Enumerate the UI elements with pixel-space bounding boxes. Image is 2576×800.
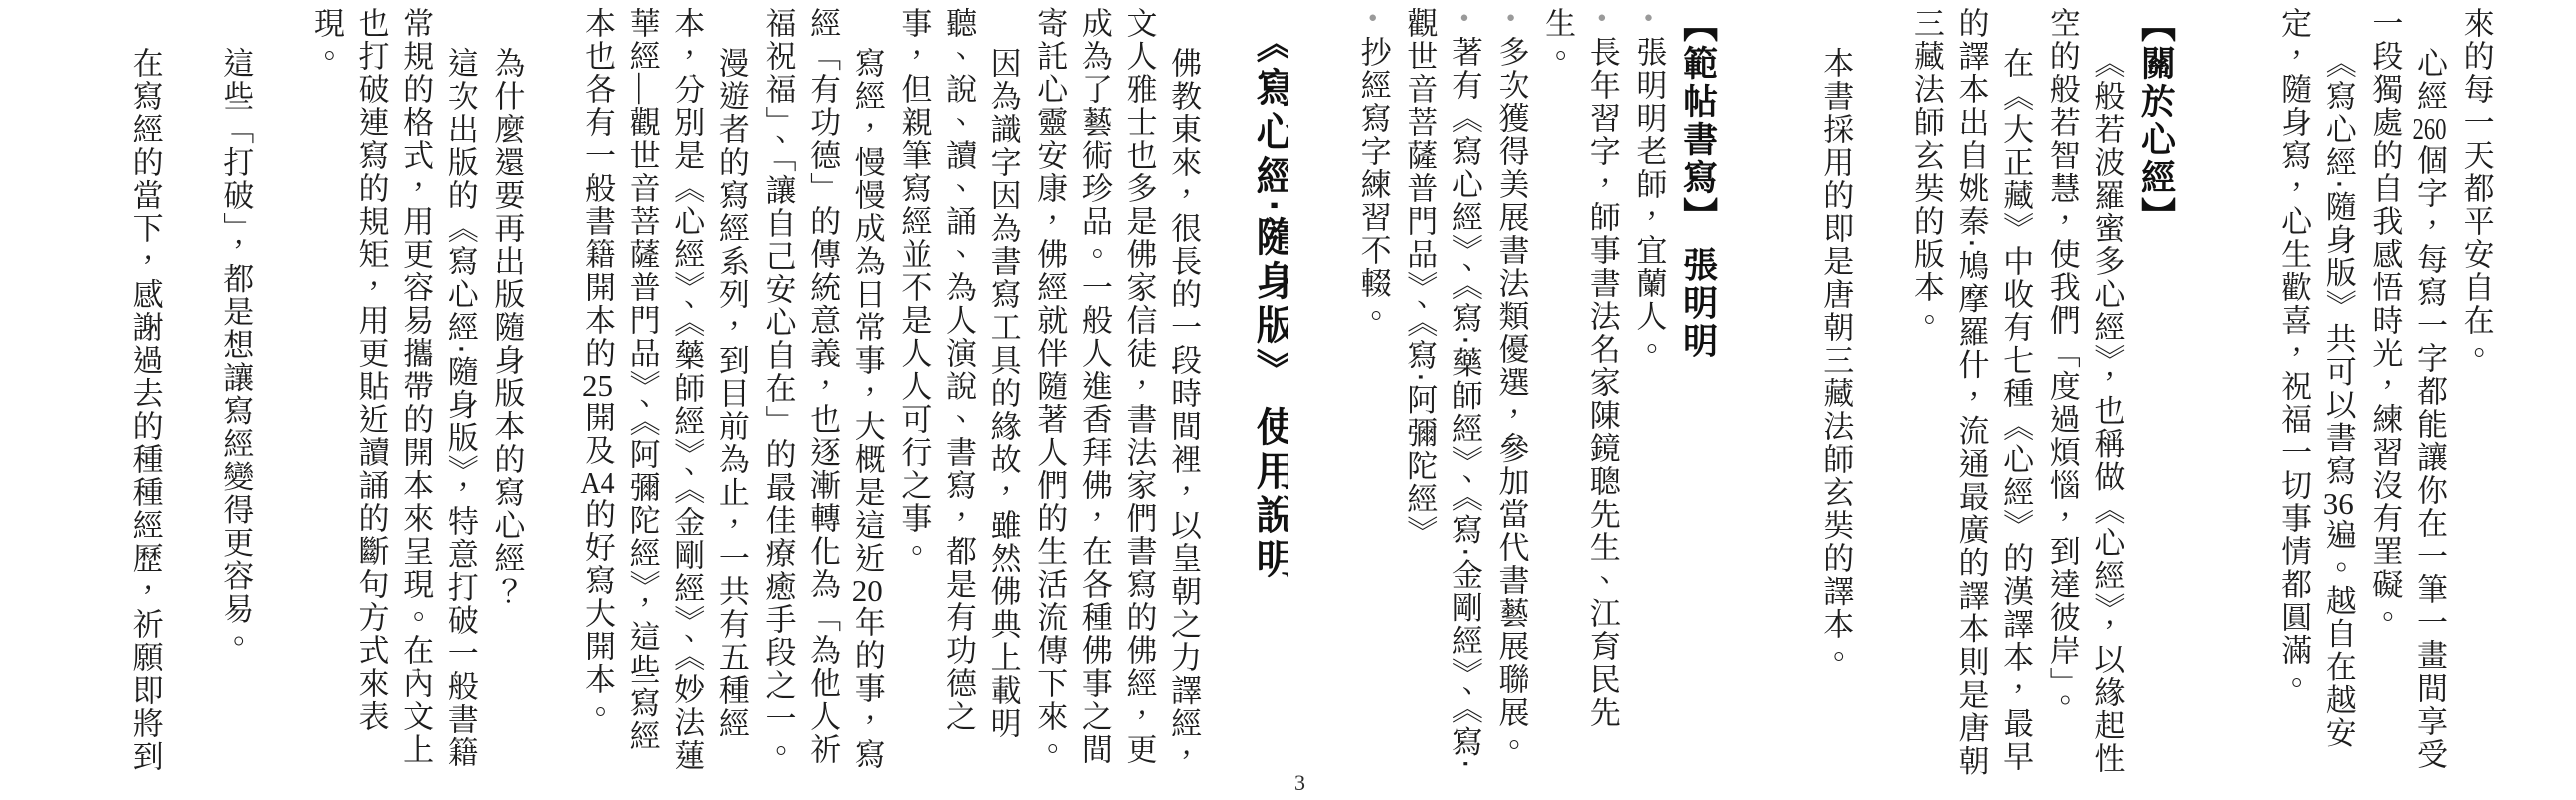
bullet-item: ●多次獲得美展書法類優選，參加當代書藝展聯展。	[1488, 7, 1533, 780]
paragraph: 心經260個字，每寫一字都能讓你在一筆一畫間享受一段獨處的自我感悟時光，練習沒有…	[2362, 7, 2451, 780]
paragraph: 為什麼還要再出版隨身版本的寫心經？	[484, 7, 529, 780]
page-right: 《寫心經‧隨身版》 使用說明佛教東來，很長的一段時間裡，以皇朝之力譯經，文人雅士…	[0, 0, 1288, 800]
paragraph: 這次出版的《寫心經‧隨身版》，特意打破一般書籍常規的格式，用更容易攜帶的開本來呈…	[303, 7, 482, 780]
bullet-item: ●抄經寫字練習不輟。	[1350, 7, 1395, 780]
paragraph: 佛教東來，很長的一段時間裡，以皇朝之力譯經，文人雅士也多是佛家信徒，書法家們書寫…	[1027, 7, 1206, 780]
bullet-text: 張明明老師，宜蘭人。	[1631, 36, 1666, 366]
bullet-text: 多次獲得美展書法類優選，參加當代書藝展聯展。	[1494, 36, 1529, 762]
bullet-text: 長年習字，師事書法名家陳鏡聰先生、江育民先生。	[1540, 7, 1620, 729]
paragraph: 因為識字因為書寫工具的緣故，雖然佛典上載明聽、說、讀、誦、為人演說、書寫，都是有…	[891, 7, 1025, 780]
bullet-item: ●著有《寫心經》、《寫‧藥師經》、《寫‧金剛經》、《寫‧觀世音菩薩普門品》、《寫…	[1397, 7, 1486, 780]
paragraph: 寫經，慢慢成為日常事，大概是這近20年的事，寫經「有功德」的傳統意義，也逐漸轉化…	[755, 7, 889, 780]
section-heading: 【範帖書寫】 張明明	[1674, 7, 1720, 780]
bullet-dot-icon: ●	[1637, 10, 1659, 26]
paragraph: 來的每一天都平安自在。	[2453, 7, 2498, 780]
horizontal-number: 36	[2321, 488, 2356, 519]
paragraph: 《般若波羅蜜多心經》，也稱做《心經》，以緣起性空的般若智慧，使我們「度過煩惱，到…	[2039, 7, 2128, 780]
bullet-dot-icon: ●	[1499, 10, 1521, 26]
horizontal-number: 25	[580, 370, 615, 401]
bullet-dot-icon: ●	[1452, 10, 1474, 26]
bullet-text: 抄經寫字練習不輟。	[1356, 36, 1391, 333]
bullet-text: 著有《寫心經》、《寫‧藥師經》、《寫‧金剛經》、《寫‧觀世音菩薩普門品》、《寫‧…	[1402, 7, 1482, 771]
bullet-dot-icon: ●	[1361, 10, 1383, 26]
horizontal-number: 260	[2412, 113, 2447, 144]
paragraph: 在寫經的當下，感謝過去的種種經歷，祈願即將到	[122, 7, 167, 780]
bullet-item: ●張明明老師，宜蘭人。	[1626, 7, 1671, 780]
bullet-item: ●長年習字，師事書法名家陳鏡聰先生、江育民先生。	[1535, 7, 1624, 780]
bullet-dot-icon: ●	[1590, 10, 1612, 26]
page-left: 來的每一天都平安自在。心經260個字，每寫一字都能讓你在一筆一畫間享受一段獨處的…	[1288, 0, 2576, 800]
book-spread: 《寫心經‧隨身版》 使用說明佛教東來，很長的一段時間裡，以皇朝之力譯經，文人雅士…	[0, 0, 2576, 800]
paragraph: 在《大正藏》中收有七種《心經》的漢譯本，最早的譯本出自姚秦‧鳩摩羅什，流通最廣的…	[1903, 7, 2037, 780]
page-right-content: 《寫心經‧隨身版》 使用說明佛教東來，很長的一段時間裡，以皇朝之力譯經，文人雅士…	[0, 0, 1314, 800]
horizontal-number: A4	[580, 467, 615, 498]
paragraph: 這些「打破」，都是想讓寫經變得更容易。	[213, 7, 258, 780]
paragraph: 本書採用的即是唐朝三藏法師玄奘的譯本。	[1813, 7, 1858, 780]
page-number: 3	[1294, 770, 1305, 796]
horizontal-number: 20	[850, 575, 885, 606]
paragraph: 漫遊者的寫經系列，到目前為止，一共有五種經本，分別是《心經》、《藥師經》、《金剛…	[574, 7, 753, 780]
page-left-content: 來的每一天都平安自在。心經260個字，每寫一字都能讓你在一筆一畫間享受一段獨處的…	[1288, 0, 2568, 800]
section-heading: 【關於心經】	[2132, 7, 2178, 780]
paragraph: 《寫心經‧隨身版》共可以書寫36遍。越自在越安定，隨身寫，心生歡喜，祝福一切事情…	[2271, 7, 2360, 780]
